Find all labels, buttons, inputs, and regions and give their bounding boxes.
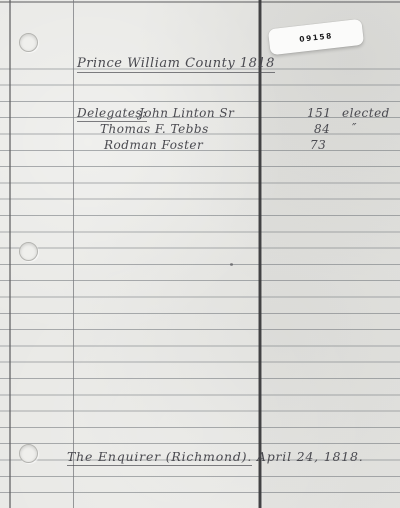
source-citation: The Enquirer (Richmond). April 24, 1818. [67, 449, 364, 464]
delegate-name: Rodman Foster [104, 138, 203, 152]
margin-rule-line [73, 0, 74, 508]
delegates-label: Delegates: [77, 106, 147, 120]
punch-hole-top [19, 33, 38, 52]
source-name: The Enquirer (Richmond). [67, 449, 252, 466]
delegate-votes: 151 [307, 106, 331, 120]
stray-ink-dot [230, 263, 233, 266]
delegate-name: Thomas F. Tebbs [100, 122, 209, 136]
page-left-edge [9, 0, 11, 508]
catalog-sticker: 09158 [268, 19, 364, 55]
delegate-note: elected [342, 106, 390, 120]
page-top-edge [0, 1, 400, 3]
ruled-lines [0, 53, 400, 508]
center-seam-line [258, 0, 262, 508]
source-date: April 24, 1818. [257, 449, 364, 464]
delegate-votes: 84 [314, 122, 330, 136]
delegate-votes: 73 [310, 138, 326, 152]
notebook-paper: 09158 Prince William County 1818 Delegat… [0, 0, 400, 508]
punch-hole-middle [19, 242, 38, 261]
sticker-number: 09158 [299, 31, 333, 44]
delegate-ditto-mark: ″ [352, 121, 357, 135]
delegate-name: John Linton Sr [139, 106, 234, 120]
note-title: Prince William County 1818 [77, 56, 275, 71]
punch-hole-bottom [19, 444, 38, 463]
